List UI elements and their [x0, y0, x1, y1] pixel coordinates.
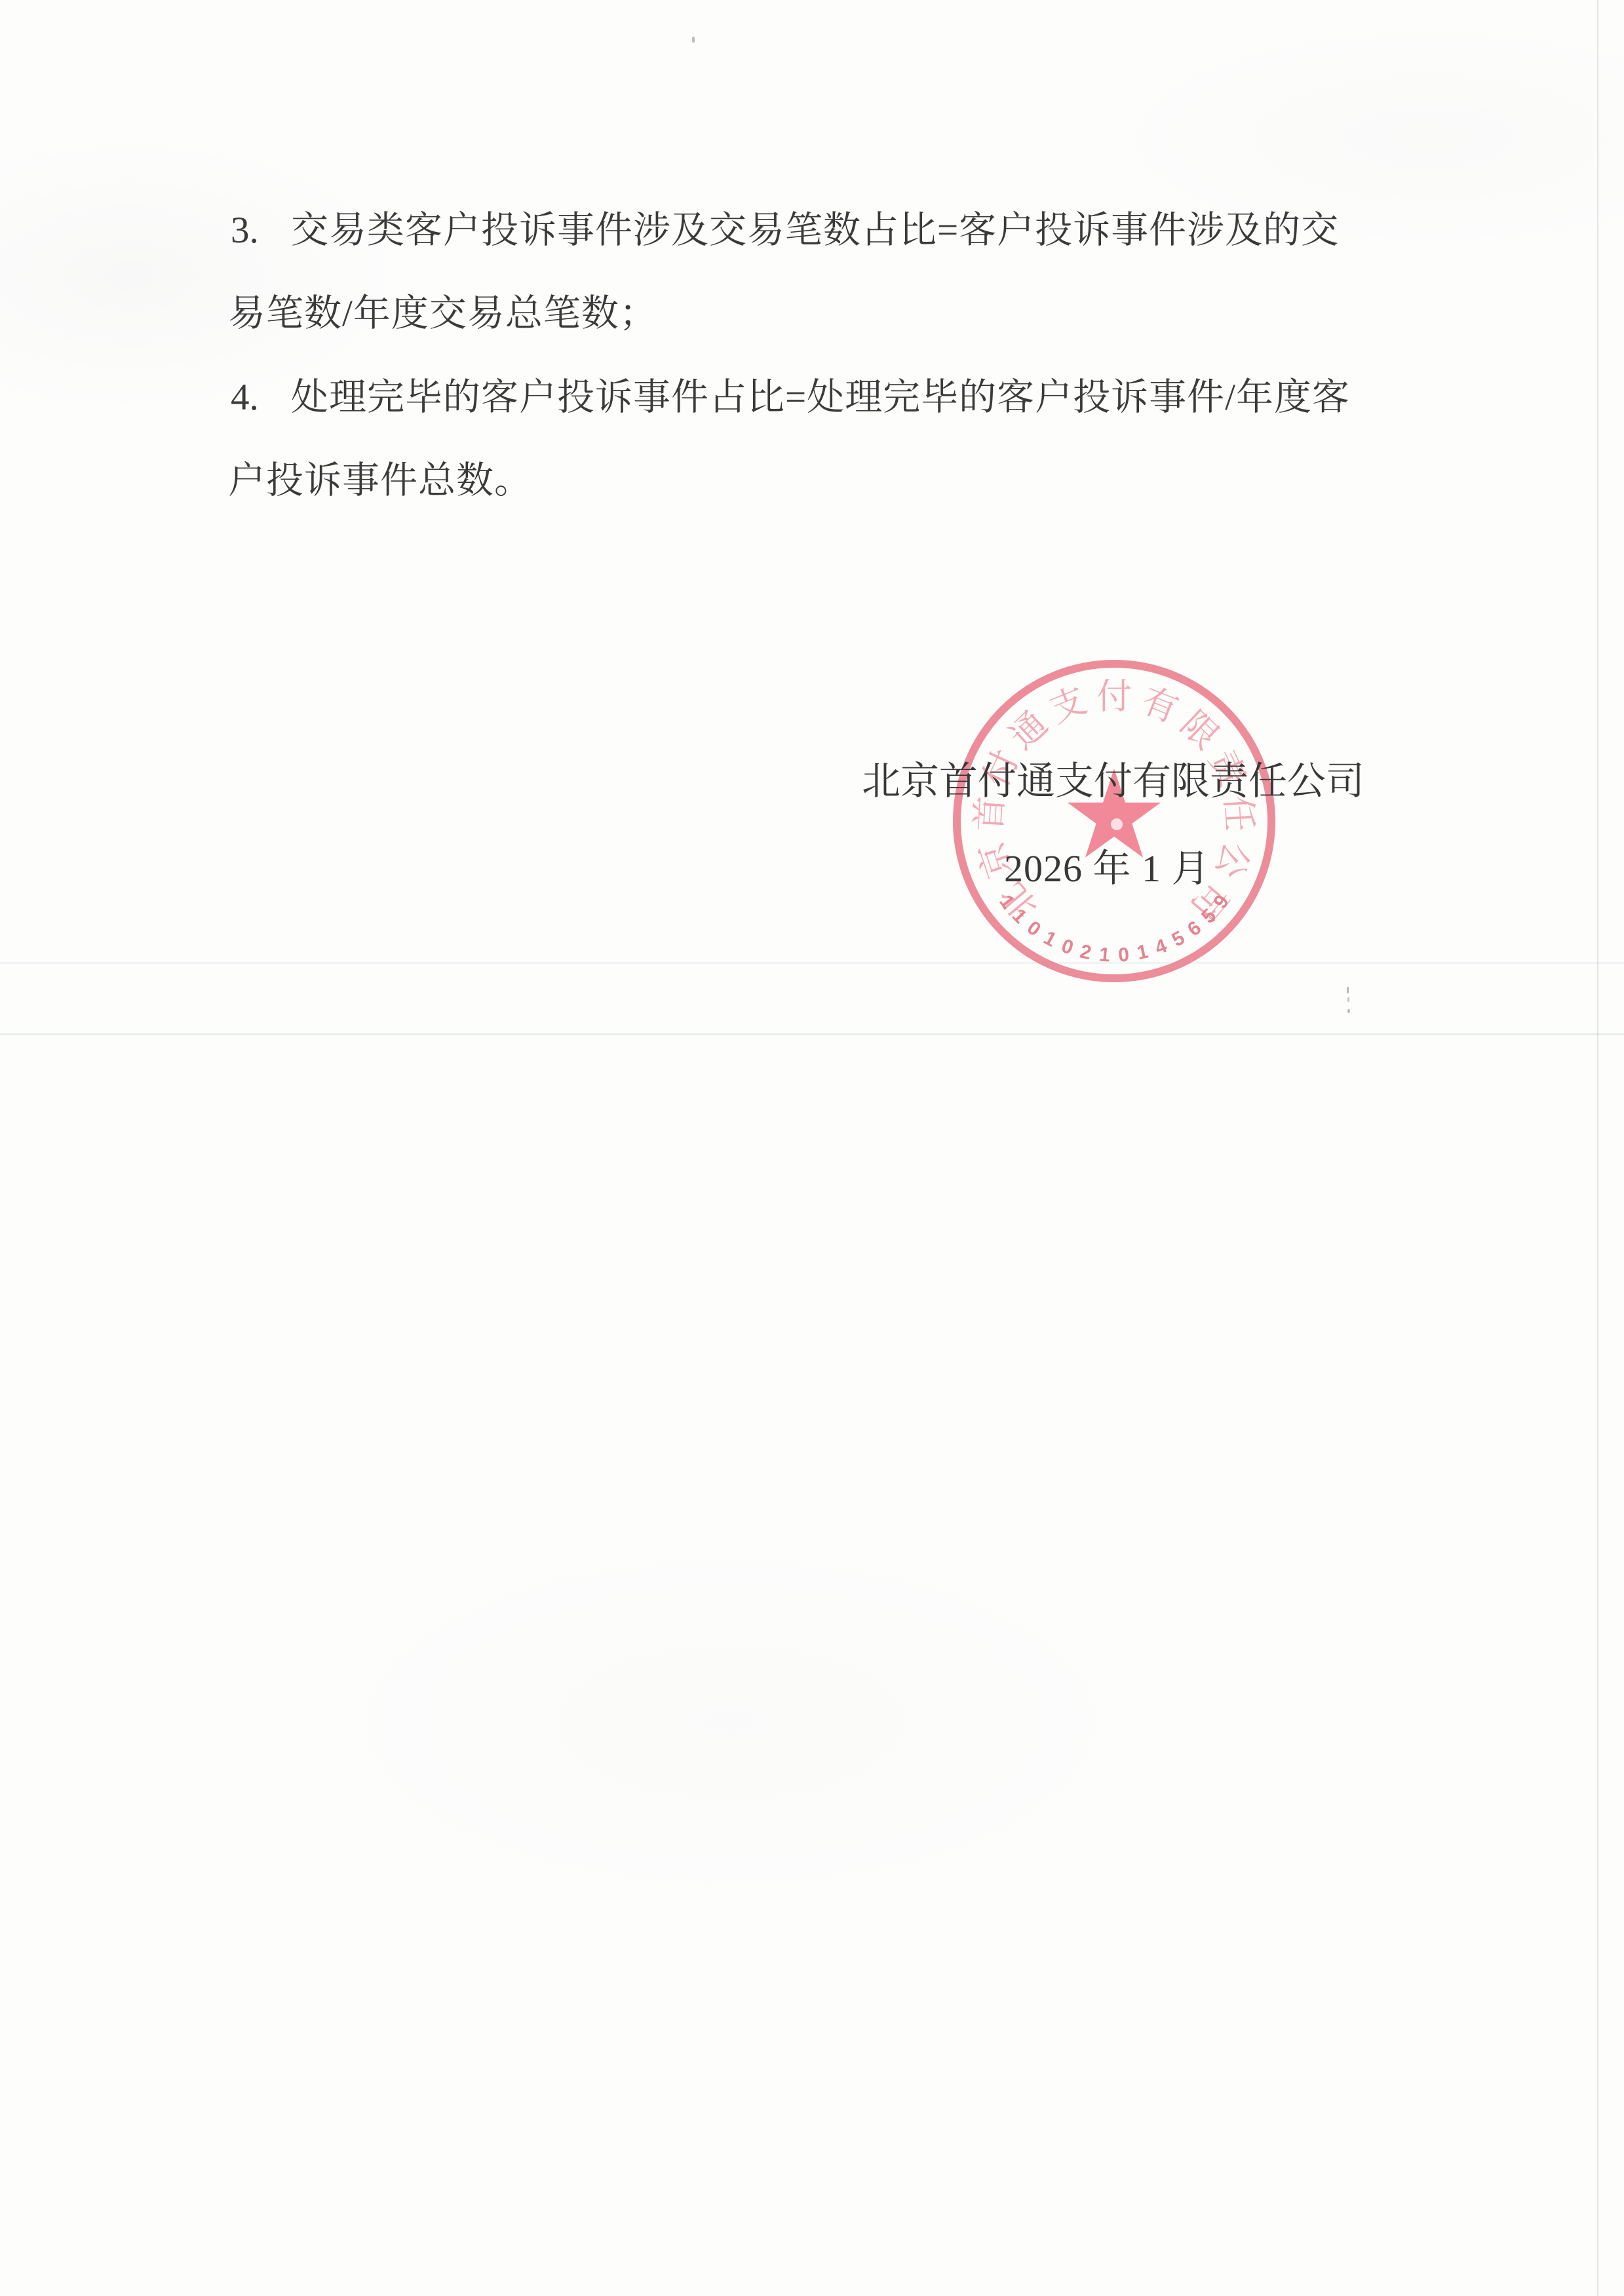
seal-ring-char: 付 [1096, 677, 1132, 716]
seal-ring-char: 公 [1208, 837, 1256, 883]
seal-ring-char: 有 [1136, 681, 1184, 731]
seal-number-digit: 6 [1184, 917, 1205, 940]
scan-artifact-speck [692, 37, 695, 43]
list-item-4-text: 处理完毕的客户投诉事件占比=处理完毕的客户投诉事件/年度客 [291, 377, 1350, 418]
seal-number-digit: 2 [1078, 940, 1093, 964]
seal-number-digit: 0 [1058, 935, 1076, 959]
signature-date: 2026 年 1 月 [1004, 850, 1210, 888]
scan-artifact-speck [1347, 987, 1349, 993]
seal-number-digit: 4 [1152, 935, 1170, 959]
list-item-3-line-1: 3.交易类客户投诉事件涉及交易笔数占比=客户投诉事件涉及的交 [231, 212, 1339, 249]
seal-number-digit: 5 [1169, 927, 1188, 951]
seal-number-digit: 1 [1135, 940, 1150, 964]
seal-ring-char: 通 [1002, 704, 1054, 757]
scan-artifact-speck [1347, 1009, 1350, 1013]
list-item-4-number: 4. [231, 379, 291, 416]
list-item-3-text: 交易类客户投诉事件涉及交易笔数占比=客户投诉事件涉及的交 [291, 210, 1339, 251]
list-item-3-number: 3. [231, 212, 291, 249]
seal-number-digit: 1 [1040, 927, 1060, 951]
scan-artifact-line [0, 1033, 1624, 1035]
company-seal: 北京首付通支付有限责任公司 11010210145659 [937, 644, 1291, 998]
scan-artifact-page-edge [1597, 0, 1598, 2296]
seal-ring-char: 支 [1045, 681, 1092, 731]
signature-company: 北京首付通支付有限责任公司 [862, 762, 1364, 801]
list-item-4-line-2: 户投诉事件总数。 [228, 462, 532, 499]
seal-number-digit: 0 [1023, 917, 1045, 940]
seal-ring-char: 限 [1173, 704, 1226, 757]
scan-artifact-speck [1347, 997, 1349, 1002]
scan-artifact-line [0, 962, 1624, 964]
seal-star-ink-void [1111, 818, 1123, 830]
scanned-document-page: 3.交易类客户投诉事件涉及交易笔数占比=客户投诉事件涉及的交 易笔数/年度交易总… [0, 0, 1624, 2296]
list-item-4-line-1: 4.处理完毕的客户投诉事件占比=处理完毕的客户投诉事件/年度客 [231, 379, 1350, 416]
list-item-3-line-2: 易笔数/年度交易总笔数； [228, 295, 657, 332]
